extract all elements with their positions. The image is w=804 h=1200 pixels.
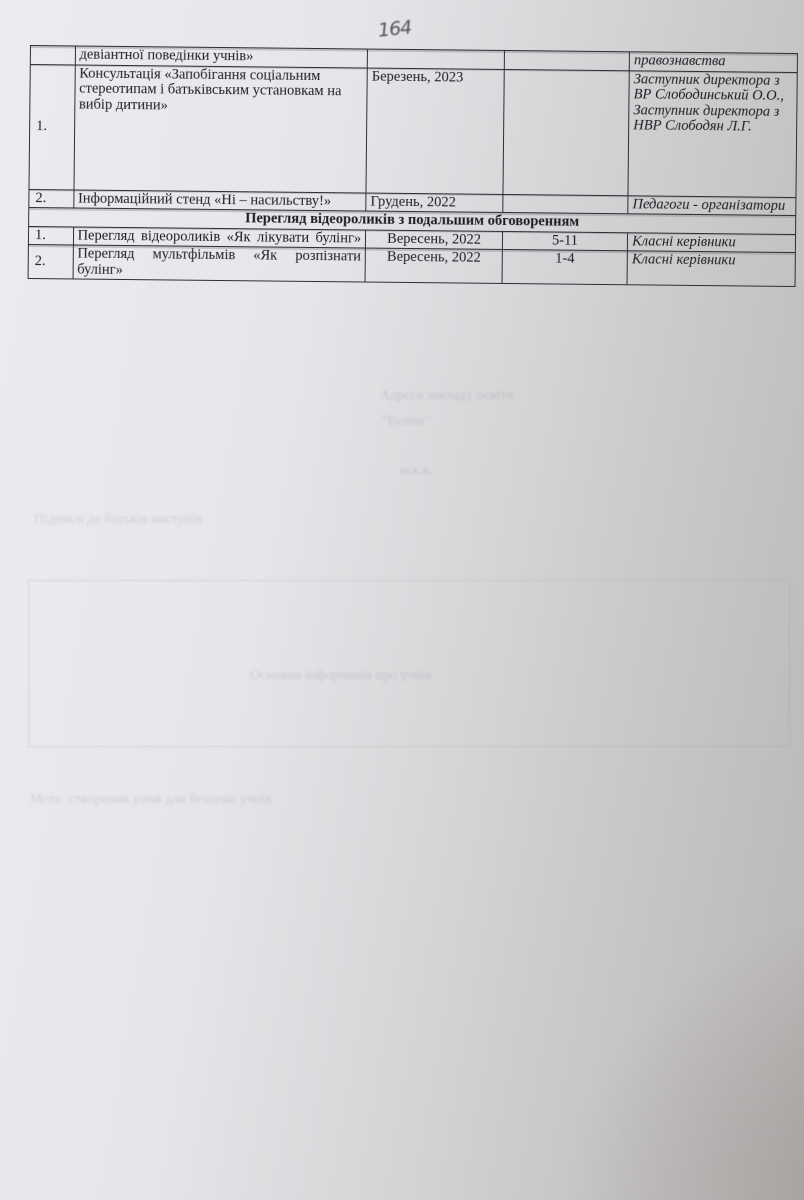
cell-classes	[503, 69, 629, 195]
cell-num: 1.	[28, 226, 73, 245]
cell-classes: 1-4	[502, 249, 628, 284]
cell-content: Перегляд мультфільмів «Як розпізнати бул…	[73, 245, 366, 282]
bleed-through-text: Адреса закладу освіти	[380, 388, 514, 404]
cell-classes	[504, 50, 629, 70]
cell-responsible: Класні керівники	[628, 232, 796, 252]
bleed-through-text: "Булінг"	[382, 414, 432, 430]
table-row: 2. Перегляд мультфільмів «Як розпізнати …	[28, 244, 795, 286]
bleed-through-text: Основна інформація про учнів	[250, 668, 432, 684]
cell-num	[30, 46, 75, 65]
cell-date: Грудень, 2022	[366, 193, 503, 213]
cell-date: Березень, 2023	[366, 68, 504, 194]
bleed-through-text: м.к.к.	[400, 463, 433, 479]
cell-content: Консультація «Запобігання соціальним сте…	[74, 64, 368, 192]
bleed-through-text: Підписи до батьків виступів	[34, 512, 202, 528]
cell-responsible: Заступник директора з ВР Слободинський О…	[628, 70, 797, 197]
cell-num: 1.	[29, 64, 75, 189]
activities-table: девіантної поведінки учнів» правознавств…	[28, 45, 798, 287]
cell-date: Вересень, 2022	[365, 248, 502, 283]
cell-num: 2.	[28, 244, 73, 278]
cell-classes: 5-11	[502, 231, 627, 251]
bleed-through-text: Мета: створення умов для безпеки учнів	[30, 792, 272, 808]
cell-responsible: Педагоги - організатори	[628, 195, 796, 215]
cell-date	[367, 49, 504, 69]
cell-num: 2.	[29, 189, 74, 208]
cell-responsible: Класні керівники	[627, 251, 795, 287]
table-row: 1. Консультація «Запобігання соціальним …	[29, 64, 797, 197]
cell-classes	[503, 194, 628, 214]
handwritten-page-number: 164	[377, 16, 412, 41]
cell-date: Вересень, 2022	[366, 230, 503, 250]
cell-responsible: правознавства	[629, 52, 797, 72]
bleed-through-frame	[28, 580, 790, 747]
